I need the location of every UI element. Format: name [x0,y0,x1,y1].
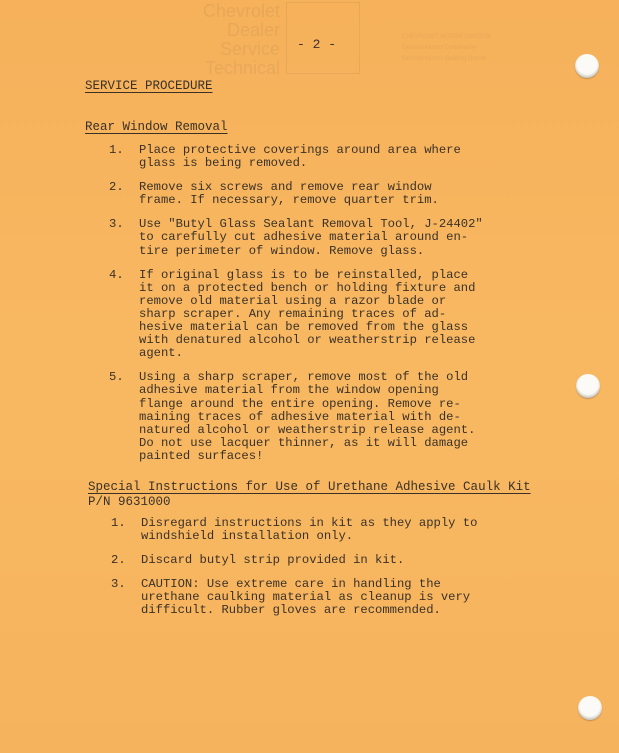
step-text: Place protective coverings around area w… [139,144,509,170]
punch-hole [578,696,602,720]
list-item: 1.Place protective coverings around area… [109,144,509,170]
list-item: 1.Disregard instructions in kit as they … [111,517,511,543]
show-through-letterhead: CHEVROLET MOTOR DIVISION General Motors … [402,32,490,65]
show-through-line: General Motors Building Detroit [402,54,490,65]
step-number: 3. [111,578,126,591]
list-item: 3.CAUTION: Use extreme care in handling … [111,578,511,617]
show-through-line: Chevrolet [160,2,280,21]
step-text: Using a sharp scraper, remove most of th… [139,371,509,463]
show-through-line: CHEVROLET MOTOR DIVISION [402,32,490,43]
show-through-line: Service [160,40,280,59]
step-text: Discard butyl strip provided in kit. [141,554,511,567]
document-page: Chevrolet Dealer Service Technical CHEVR… [0,0,619,753]
special-instructions-title: Special Instructions for Use of Urethane… [88,480,531,495]
step-number: 2. [109,181,124,194]
rear-window-removal-heading: Rear Window Removal [85,120,228,134]
step-number: 1. [111,517,126,530]
section-title: SERVICE PROCEDURE [85,79,213,93]
step-text: CAUTION: Use extreme care in handling th… [141,578,511,617]
special-instructions-heading: Special Instructions for Use of Urethane… [88,480,531,510]
step-number: 2. [111,554,126,567]
list-item: 4.If original glass is to be reinstalled… [109,269,509,361]
step-number: 4. [109,269,124,282]
step-text: Use "Butyl Glass Sealant Removal Tool, J… [139,218,509,257]
step-number: 1. [109,144,124,157]
show-through-line: General Motors Corporation [402,43,490,54]
rear-window-steps: 1.Place protective coverings around area… [109,144,509,474]
step-number: 5. [109,371,124,384]
step-text: Remove six screws and remove rear window… [139,181,509,207]
step-text: Disregard instructions in kit as they ap… [141,517,511,543]
special-instructions-steps: 1.Disregard instructions in kit as they … [111,517,511,629]
show-through-line: Dealer [160,21,280,40]
punch-hole [576,374,600,398]
step-number: 3. [109,218,124,231]
part-number: P/N 9631000 [88,495,171,510]
step-text: If original glass is to be reinstalled, … [139,269,509,361]
page-number: - 2 - [297,37,336,52]
show-through-line: Technical [160,59,280,78]
show-through-title: Chevrolet Dealer Service Technical [160,2,280,78]
list-item: 5.Using a sharp scraper, remove most of … [109,371,509,463]
punch-hole [575,54,599,78]
list-item: 3.Use "Butyl Glass Sealant Removal Tool,… [109,218,509,257]
list-item: 2.Remove six screws and remove rear wind… [109,181,509,207]
list-item: 2.Discard butyl strip provided in kit. [111,554,511,567]
